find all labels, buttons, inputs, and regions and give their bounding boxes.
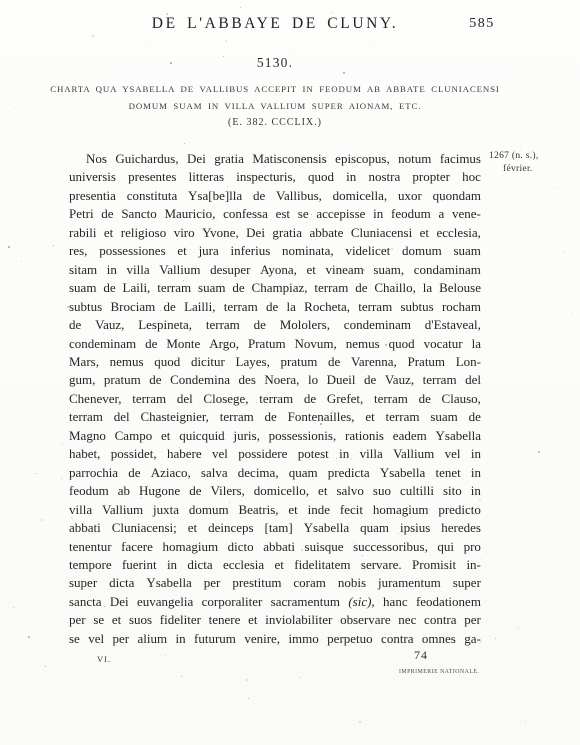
scan-noise-speck	[495, 638, 496, 639]
body-line: terramdelChasteignier,terramdeFontenaill…	[69, 409, 481, 427]
scan-noise-speck	[509, 190, 510, 191]
volume-signature: VI.	[97, 654, 111, 664]
charter-number: 5130.	[70, 55, 480, 71]
scan-noise-speck	[525, 721, 526, 722]
body-line: condeminamdeMonteArgo,PratumNovum,nemusq…	[69, 336, 481, 354]
scan-noise-speck	[13, 607, 14, 608]
scan-noise-speck	[74, 129, 75, 130]
scan-noise-speck	[8, 246, 10, 248]
scan-noise-speck	[323, 149, 324, 150]
scan-noise-speck	[28, 636, 30, 638]
scan-noise-speck	[572, 313, 573, 314]
body-line: superdictaYsabellaperprestitumcoramnobis…	[69, 575, 481, 593]
body-line: sevelperaliuminfuturumvenire,immoperpetu…	[69, 631, 481, 649]
archive-reference: (E. 382. CCCLIX.)	[70, 117, 480, 128]
body-line: universispresenteslitterasinspecturis,qu…	[69, 169, 481, 187]
scan-noise-speck	[184, 143, 185, 144]
scan-noise-speck	[359, 721, 361, 723]
charter-body-text: NosGuichardus,DeigratiaMatisconensisepis…	[69, 151, 481, 649]
scan-noise-speck	[25, 605, 26, 606]
body-line: rabilietreligiosoviroYvone,Deigratiaabba…	[69, 225, 481, 243]
scan-noise-speck	[292, 50, 293, 51]
scan-noise-speck	[248, 698, 249, 699]
margin-date-year: 1267 (n. s.),	[489, 150, 573, 163]
scan-noise-speck	[61, 478, 62, 479]
body-line: subtusBrociamdeLailli,terramdelaRocheta,…	[69, 299, 481, 317]
body-line: Mars,nemusquoddiciturLayes,pratumdeVaren…	[69, 354, 481, 372]
scan-noise-speck	[240, 7, 241, 8]
body-line: PetrideSanctoMauricio,confessaestseaccep…	[69, 206, 481, 224]
margin-date-month: février.	[489, 163, 573, 176]
body-line: MagnoCampoetquicquidjuris,possessionis,r…	[69, 428, 481, 446]
scan-noise-speck	[38, 669, 39, 670]
body-line: perseetsuosfidelitertenereetinviolabilit…	[69, 612, 481, 630]
margin-date-note: 1267 (n. s.), février.	[489, 150, 573, 176]
scan-noise-speck	[557, 188, 558, 189]
scan-noise-speck	[45, 666, 46, 667]
body-line: parrochiadeAziaco,salvadecima,quampredic…	[69, 465, 481, 483]
scan-noise-speck	[246, 679, 248, 681]
scan-noise-speck	[53, 245, 54, 246]
body-line: deVauz,Lespineta,terramdeMololers,condem…	[69, 317, 481, 335]
body-line: sitaminvillaValliumdesuperAyona,etvineam…	[69, 262, 481, 280]
scan-noise-speck	[103, 727, 105, 729]
scan-noise-speck	[534, 598, 535, 599]
scan-noise-speck	[150, 41, 151, 42]
scan-noise-speck	[491, 601, 492, 602]
body-line: suamdeLaili,terramsuamdeChampiaz,terramd…	[69, 280, 481, 298]
scan-noise-speck	[554, 595, 555, 596]
scan-noise-speck	[92, 35, 94, 37]
scan-noise-speck	[181, 676, 182, 677]
charter-heading-line2: DOMUM SUAM IN VILLA VALLIUM SUPER AIONAM…	[40, 101, 510, 111]
scan-noise-speck	[486, 553, 487, 554]
scan-noise-speck	[358, 129, 359, 130]
printer-imprint: IMPRIMERIE NATIONALE.	[399, 669, 479, 675]
scan-noise-speck	[21, 261, 22, 262]
scan-noise-speck	[310, 690, 311, 691]
scan-noise-speck	[374, 41, 375, 42]
scan-noise-speck	[165, 655, 166, 656]
page-number: 585	[452, 16, 512, 32]
scan-noise-speck	[331, 12, 332, 13]
charter-heading-line1: CHARTA QUA YSABELLA DE VALLIBUS ACCEPIT …	[40, 84, 510, 94]
scan-noise-speck	[258, 703, 259, 704]
body-line: NosGuichardus,DeigratiaMatisconensisepis…	[69, 151, 481, 169]
scan-noise-speck	[541, 125, 542, 126]
scan-noise-speck	[518, 628, 519, 629]
scan-noise-speck	[299, 677, 300, 678]
scan-noise-speck	[406, 710, 407, 711]
body-line: tenenturfacerehomagiumdictoabbatisuisque…	[69, 539, 481, 557]
scan-noise-speck	[499, 249, 500, 250]
body-line: abbatiCluniacensi;etdeinceps[tam]Ysabell…	[69, 520, 481, 538]
scan-noise-speck	[520, 146, 521, 147]
body-line: Chenever,terramdelClosege,terramdeGrefet…	[69, 391, 481, 409]
scan-noise-speck	[62, 443, 63, 444]
running-head-title: DE L'ABBAYE DE CLUNY.	[70, 15, 480, 33]
body-line: sanctaDeieuvangeliacorporalitersacrament…	[69, 594, 481, 612]
scan-noise-speck	[525, 709, 526, 710]
body-line: presentiaconstitutaYsa[be]lladeVallibus,…	[69, 188, 481, 206]
body-line: feodumabHugonedeVilers,domicello,etsalvo…	[69, 483, 481, 501]
scan-noise-speck	[564, 251, 565, 252]
body-line: gum,pratumdeCondeminadesNoera,loDueildeV…	[69, 372, 481, 390]
scan-noise-speck	[343, 72, 345, 74]
scan-noise-speck	[14, 108, 15, 109]
scan-noise-speck	[88, 693, 89, 694]
scan-noise-speck	[225, 40, 227, 42]
body-line: temporefuerintindictaecclesiaetfidelitat…	[69, 557, 481, 575]
scan-noise-speck	[41, 519, 43, 521]
body-line: habet,possidet,haberevelpossiderepotesti…	[69, 446, 481, 464]
scan-noise-speck	[35, 473, 36, 474]
scanned-book-page: DE L'ABBAYE DE CLUNY. 585 5130. CHARTA Q…	[0, 0, 580, 745]
body-line: res,possessionesetjurainferiusnominata,v…	[69, 243, 481, 261]
scan-noise-speck	[538, 451, 540, 453]
sheet-signature: 74	[414, 648, 428, 663]
body-line: villaValliumjuxtadomumBeatris,etindefeci…	[69, 502, 481, 520]
